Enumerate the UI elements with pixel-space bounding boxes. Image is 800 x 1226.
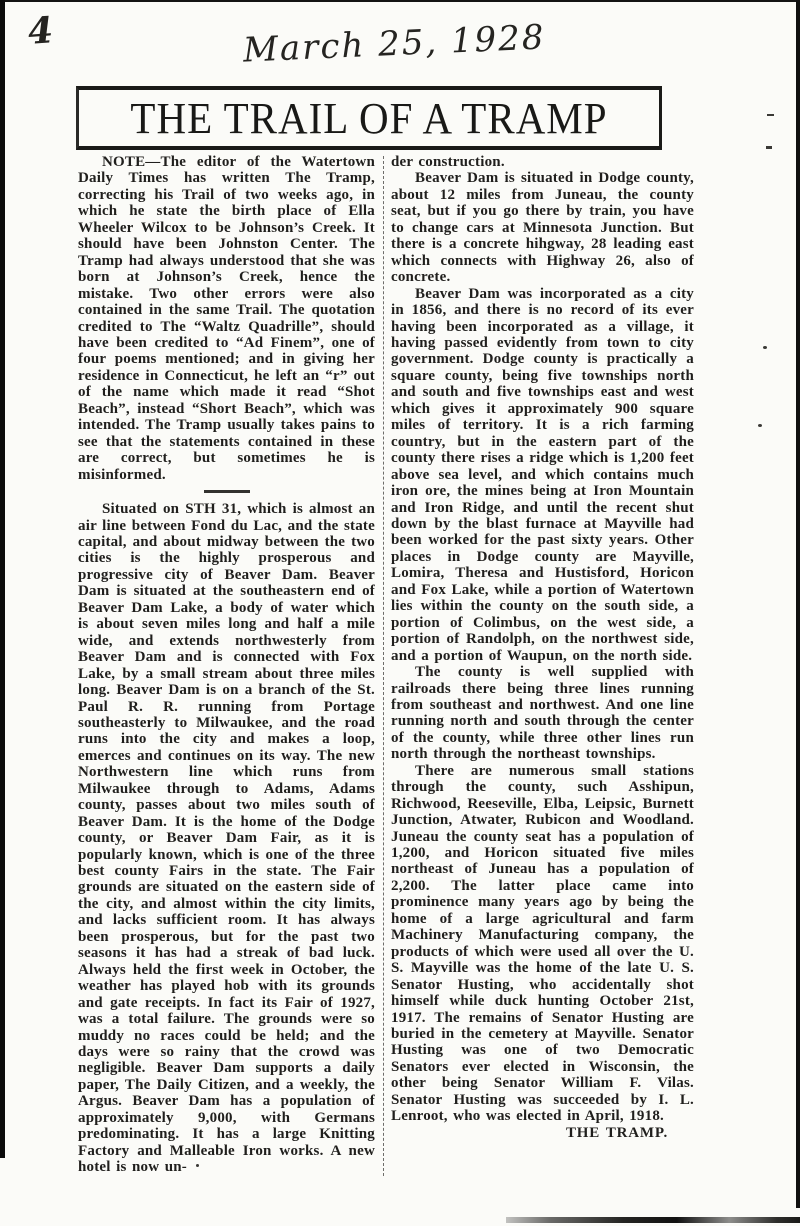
article-body: NOTE—The editor of the Watertown Daily T…: [78, 154, 694, 1176]
article-signature: THE TRAMP.: [391, 1125, 694, 1141]
article-column-right: der construction.Beaver Dam is situated …: [391, 154, 694, 1176]
article-column-left: NOTE—The editor of the Watertown Daily T…: [78, 154, 375, 1176]
article-paragraph: The county is well supplied with railroa…: [391, 664, 694, 763]
headline-box: THE TRAIL OF A TRAMP: [76, 86, 662, 150]
section-divider: [204, 490, 250, 493]
adjacent-clipping-edge: [506, 1217, 800, 1223]
article-paragraph: Beaver Dam is situated in Dodge county, …: [391, 170, 694, 285]
handwritten-date: March 25, 1928: [242, 17, 546, 70]
scan-speck: [767, 114, 774, 116]
scan-speck: [766, 146, 772, 149]
article-paragraph: Situated on STH 31, which is almost an a…: [78, 501, 375, 1176]
article-paragraph: Beaver Dam was incorporated as a city in…: [391, 286, 694, 664]
article-headline: THE TRAIL OF A TRAMP: [130, 92, 607, 144]
scan-edge-left: [0, 0, 5, 1158]
handwritten-page-number: 4: [27, 9, 55, 53]
scan-speck: [763, 346, 767, 349]
column-rule: [383, 156, 384, 1176]
article-paragraph: There are numerous small stations throug…: [391, 763, 694, 1125]
scan-edge-top: [0, 0, 800, 2]
scan-edge-right: [796, 0, 800, 1208]
article-paragraph: NOTE—The editor of the Watertown Daily T…: [78, 154, 375, 483]
article-paragraph: der construction.: [391, 154, 694, 170]
scan-speck: [758, 424, 762, 427]
